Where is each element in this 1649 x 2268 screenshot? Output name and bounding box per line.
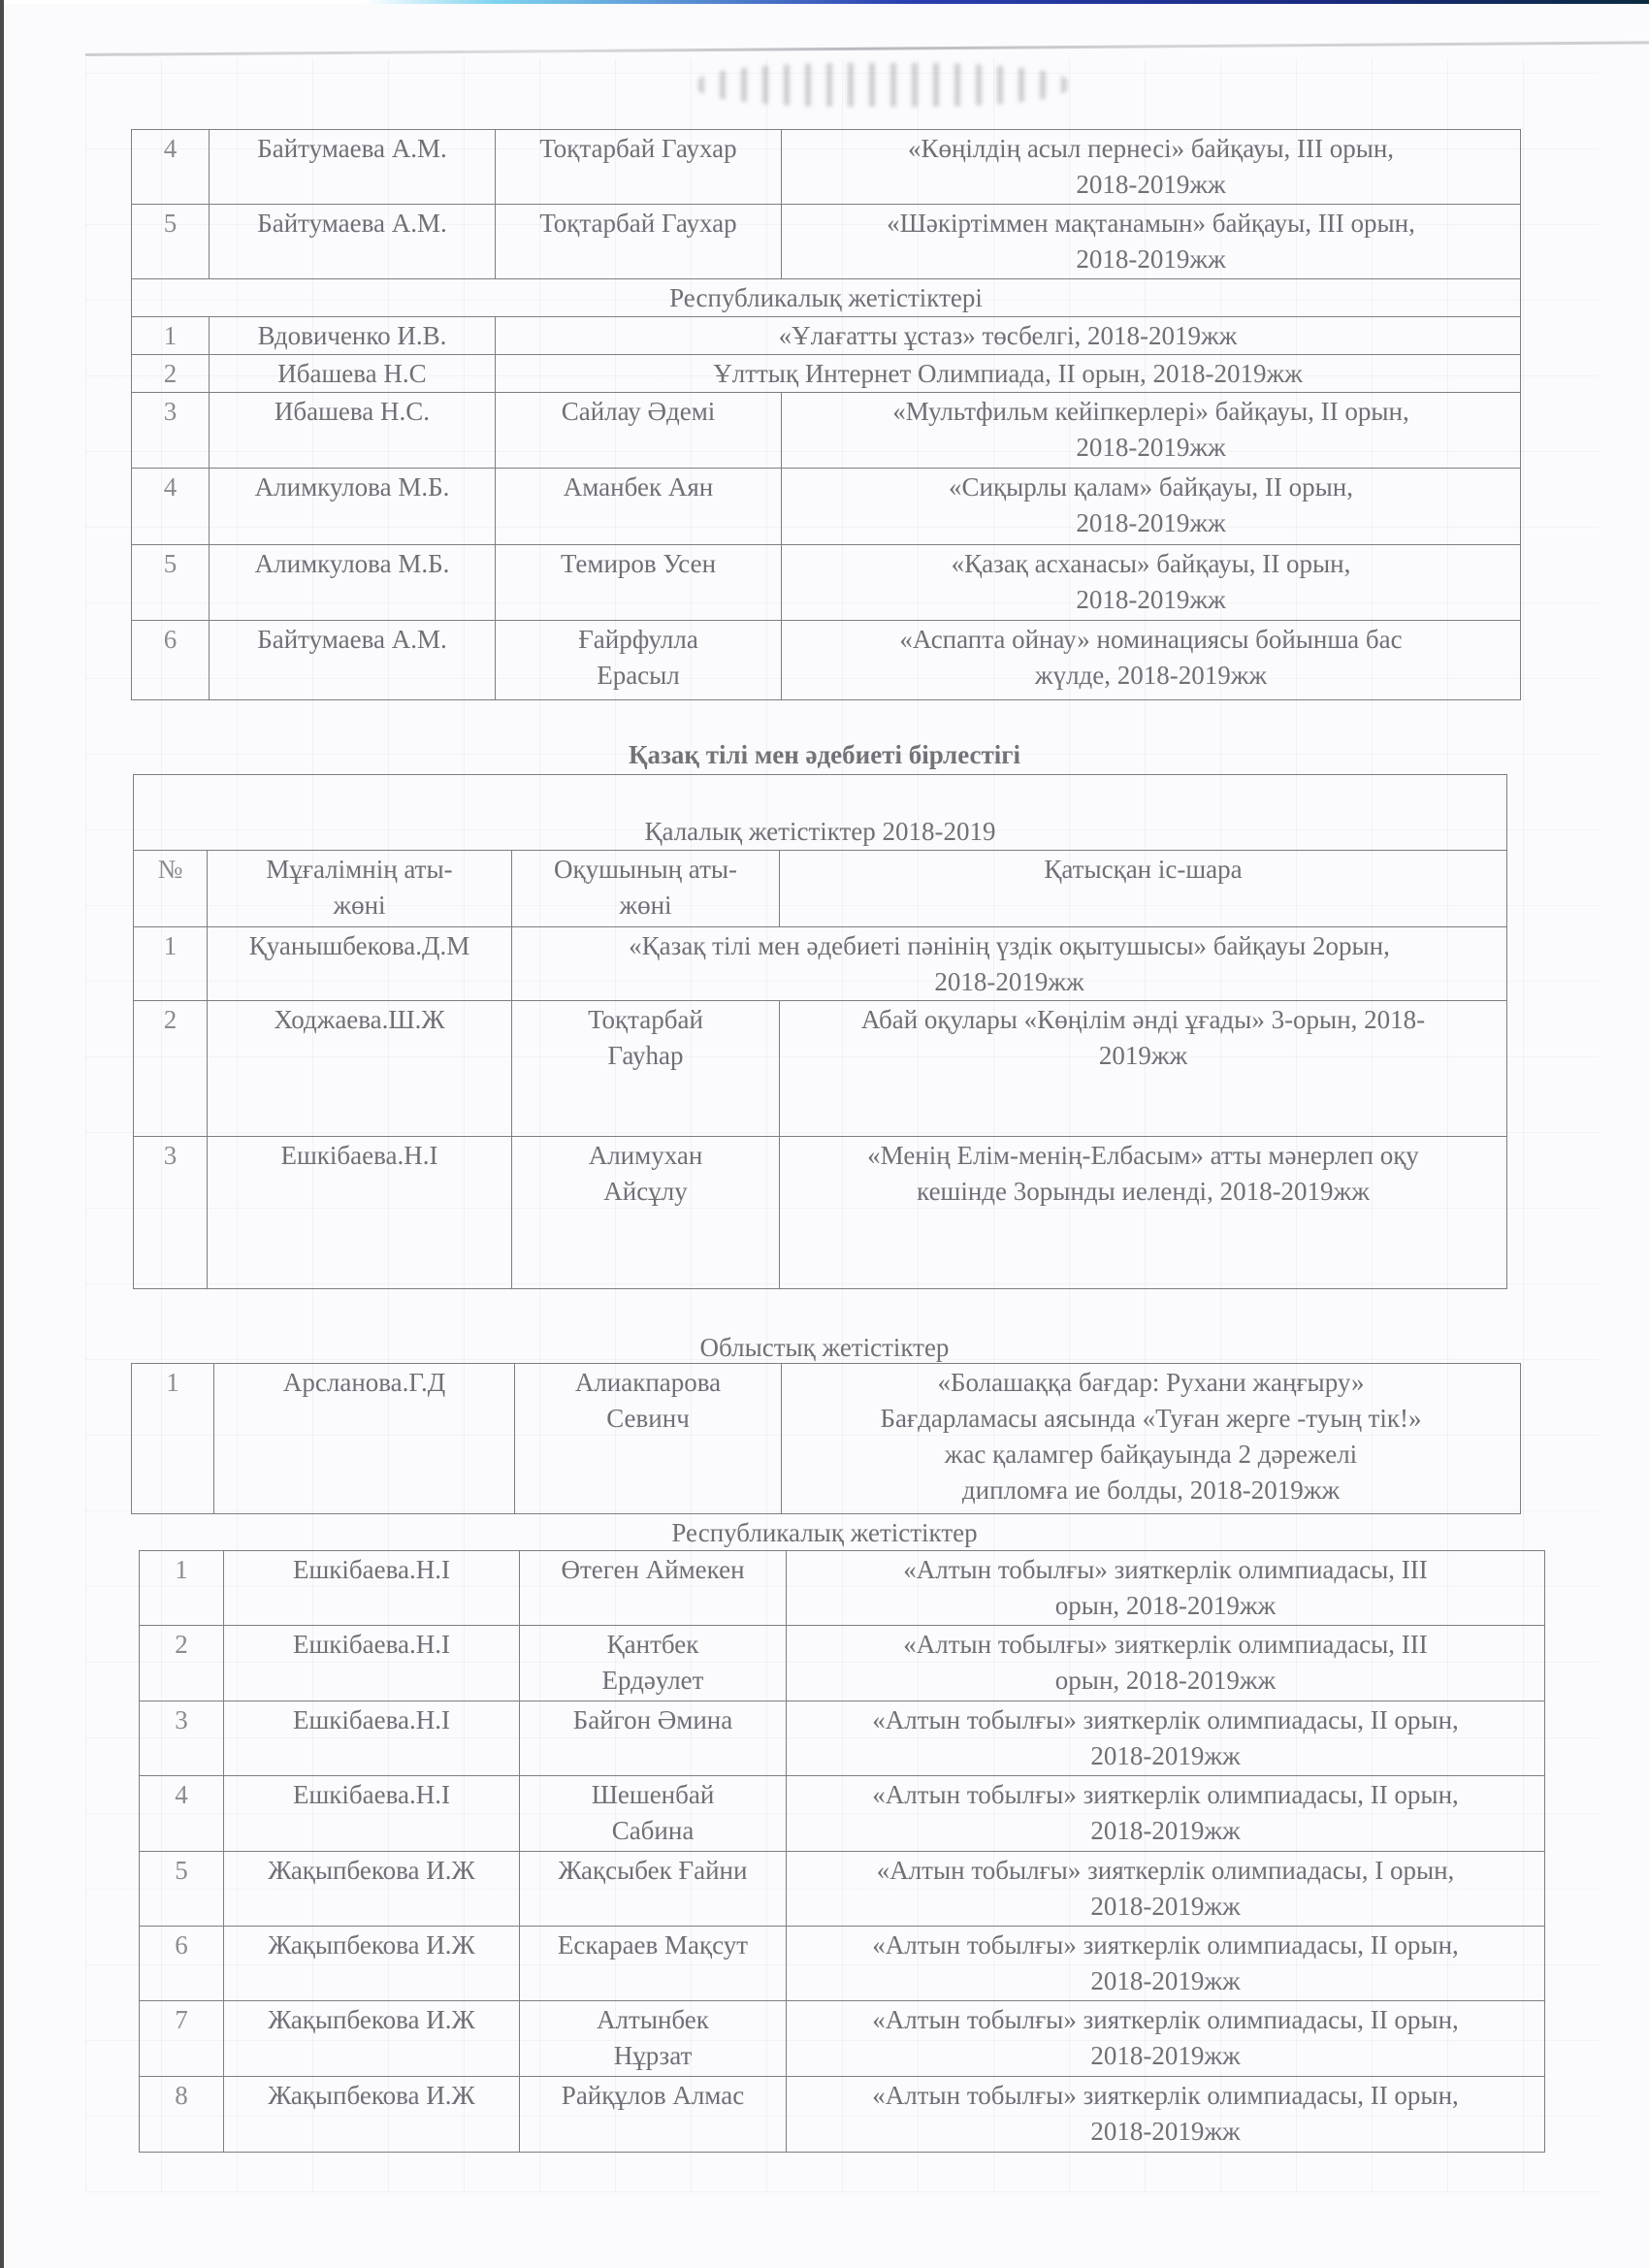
scan-left-edge bbox=[0, 0, 4, 2268]
teacher-name: Ибашева Н.С bbox=[210, 355, 496, 393]
teacher-name: Ешкібаева.Н.І bbox=[224, 1776, 520, 1852]
city-achievements-title: Қалалық жетістіктер 2018-2019 bbox=[134, 775, 1507, 851]
header-event: Қатысқан іс-шара bbox=[780, 851, 1507, 927]
student-name: Сайлау Әдемі bbox=[496, 393, 782, 469]
table-row: 2 Ходжаева.Ш.Ж Тоқтарбай Гауһар Абай оқу… bbox=[134, 1001, 1507, 1137]
row-number: 2 bbox=[140, 1626, 224, 1701]
row-number: 6 bbox=[132, 621, 210, 700]
city-achievements-table: Қалалық жетістіктер 2018-2019 № Мұғалімн… bbox=[133, 774, 1507, 1289]
table-row: 8 Жақыпбекова И.Ж Райқұлов Алмас «Алтын … bbox=[140, 2077, 1545, 2153]
scan-smudge bbox=[698, 63, 1067, 107]
teacher-name: Жақыпбекова И.Ж bbox=[224, 2077, 520, 2153]
table-row: 4 Ешкібаева.Н.І Шешенбай Сабина «Алтын т… bbox=[140, 1776, 1545, 1852]
table-row: 4 Алимкулова М.Б. Аманбек Аян «Сиқырлы қ… bbox=[132, 469, 1521, 545]
row-number: 1 bbox=[132, 1364, 214, 1514]
row-number: 3 bbox=[140, 1701, 224, 1776]
student-name: Алтынбек Нұрзат bbox=[520, 2001, 787, 2077]
row-number: 6 bbox=[140, 1927, 224, 2001]
header-student: Оқушының аты- жөні bbox=[512, 851, 780, 927]
table-row: 1 Ешкібаева.Н.І Өтеген Аймекен «Алтын то… bbox=[140, 1551, 1545, 1626]
republic-achievements-table: 1 Ешкібаева.Н.І Өтеген Аймекен «Алтын то… bbox=[139, 1550, 1545, 2153]
teacher-name: Алимкулова М.Б. bbox=[210, 545, 496, 621]
event-description: «Алтын тобылғы» зияткерлік олимпиадасы, … bbox=[787, 1776, 1545, 1852]
event-description: «Алтын тобылғы» зияткерлік олимпиадасы, … bbox=[787, 1701, 1545, 1776]
event-description: «Ұлағатты ұстаз» төсбелгі, 2018-2019жж bbox=[496, 317, 1521, 355]
table-title-row: Қалалық жетістіктер 2018-2019 bbox=[134, 775, 1507, 851]
table-row: 2 Ешкібаева.Н.І Қантбек Ердәулет «Алтын … bbox=[140, 1626, 1545, 1701]
row-number: 2 bbox=[134, 1001, 208, 1137]
paper-fold-line bbox=[85, 41, 1649, 56]
teacher-name: Арсланова.Г.Д bbox=[214, 1364, 515, 1514]
table-row: 3 Ешкібаева.Н.І Алимухан Айсұлу «Менің Е… bbox=[134, 1137, 1507, 1289]
table-header-row: № Мұғалімнің аты- жөні Оқушының аты- жөн… bbox=[134, 851, 1507, 927]
student-name: Райқұлов Алмас bbox=[520, 2077, 787, 2153]
table-row: 2 Ибашева Н.С Ұлттық Интернет Олимпиада,… bbox=[132, 355, 1521, 393]
student-name: Қантбек Ердәулет bbox=[520, 1626, 787, 1701]
event-description: «Болашаққа бағдар: Рухани жаңғыру» Бағда… bbox=[782, 1364, 1521, 1514]
event-description: «Мультфильм кейіпкерлері» байқауы, ІІ ор… bbox=[782, 393, 1521, 469]
row-number: 5 bbox=[132, 545, 210, 621]
event-description: Абай оқулары «Көңілім әнді ұғады» 3-орын… bbox=[780, 1001, 1507, 1137]
header-teacher: Мұғалімнің аты- жөні bbox=[208, 851, 512, 927]
event-description: «Қазақ тілі мен әдебиеті пәнінің үздік о… bbox=[512, 927, 1507, 1001]
event-description: «Көңілдің асыл пернесі» байқауы, ІІІ оры… bbox=[782, 130, 1521, 205]
teacher-name: Жақыпбекова И.Ж bbox=[224, 2001, 520, 2077]
table-row: 1 Қуанышбекова.Д.М «Қазақ тілі мен әдеби… bbox=[134, 927, 1507, 1001]
student-name: Жақсыбек Ғайни bbox=[520, 1852, 787, 1927]
republic-achievements-label: Республикалық жетістіктері bbox=[132, 279, 1521, 317]
oblast-achievements-table: 1 Арсланова.Г.Д Алиакпарова Севинч «Бола… bbox=[131, 1363, 1521, 1514]
event-description: «Шәкіртіммен мақтанамын» байқауы, ІІІ ор… bbox=[782, 205, 1521, 279]
event-description: «Алтын тобылғы» зияткерлік олимпиадасы, … bbox=[787, 1551, 1545, 1626]
student-name: Ескараев Мақсут bbox=[520, 1927, 787, 2001]
teacher-name: Жақыпбекова И.Ж bbox=[224, 1852, 520, 1927]
achievements-table-continued: 4 Байтумаева А.М. Тоқтарбай Гаухар «Көңі… bbox=[131, 129, 1521, 700]
table-row: 3 Ешкібаева.Н.І Байгон Әмина «Алтын тобы… bbox=[140, 1701, 1545, 1776]
row-number: 4 bbox=[140, 1776, 224, 1852]
table-row: 5 Байтумаева А.М. Тоқтарбай Гаухар «Шәкі… bbox=[132, 205, 1521, 279]
event-description: «Менің Елім-менің-Елбасым» атты мәнерлеп… bbox=[780, 1137, 1507, 1289]
event-description: «Қазақ асханасы» байқауы, ІІ орын, 2018-… bbox=[782, 545, 1521, 621]
row-number: 2 bbox=[132, 355, 210, 393]
teacher-name: Ешкібаева.Н.І bbox=[208, 1137, 512, 1289]
row-number: 4 bbox=[132, 130, 210, 205]
row-number: 5 bbox=[132, 205, 210, 279]
teacher-name: Байтумаева А.М. bbox=[210, 621, 496, 700]
table-row: 1 Арсланова.Г.Д Алиакпарова Севинч «Бола… bbox=[132, 1364, 1521, 1514]
row-number: 1 bbox=[134, 927, 208, 1001]
student-name: Тоқтарбай Гауһар bbox=[512, 1001, 780, 1137]
row-number: 3 bbox=[134, 1137, 208, 1289]
row-number: 3 bbox=[132, 393, 210, 469]
row-number: 8 bbox=[140, 2077, 224, 2153]
section-band-row: Республикалық жетістіктері bbox=[132, 279, 1521, 317]
teacher-name: Ешкібаева.Н.І bbox=[224, 1551, 520, 1626]
event-description: «Аспапта ойнау» номинациясы бойынша бас … bbox=[782, 621, 1521, 700]
student-name: Аманбек Аян bbox=[496, 469, 782, 545]
event-description: «Алтын тобылғы» зияткерлік олимпиадасы, … bbox=[787, 2077, 1545, 2153]
event-description: «Алтын тобылғы» зияткерлік олимпиадасы, … bbox=[787, 2001, 1545, 2077]
row-number: 1 bbox=[140, 1551, 224, 1626]
teacher-name: Жақыпбекова И.Ж bbox=[224, 1927, 520, 2001]
student-name: Ғайрфулла Ерасыл bbox=[496, 621, 782, 700]
teacher-name: Алимкулова М.Б. bbox=[210, 469, 496, 545]
event-description: «Алтын тобылғы» зияткерлік олимпиадасы, … bbox=[787, 1927, 1545, 2001]
republic-achievements-title: Республикалық жетістіктер bbox=[0, 1516, 1649, 1549]
student-name: Тоқтарбай Гаухар bbox=[496, 205, 782, 279]
teacher-name: Ешкібаева.Н.І bbox=[224, 1626, 520, 1701]
table-row: 6 Байтумаева А.М. Ғайрфулла Ерасыл «Аспа… bbox=[132, 621, 1521, 700]
table-row: 5 Жақыпбекова И.Ж Жақсыбек Ғайни «Алтын … bbox=[140, 1852, 1545, 1927]
teacher-name: Ешкібаева.Н.І bbox=[224, 1701, 520, 1776]
teacher-name: Байтумаева А.М. bbox=[210, 130, 496, 205]
row-number: 1 bbox=[132, 317, 210, 355]
student-name: Шешенбай Сабина bbox=[520, 1776, 787, 1852]
teacher-name: Байтумаева А.М. bbox=[210, 205, 496, 279]
table-row: 4 Байтумаева А.М. Тоқтарбай Гаухар «Көңі… bbox=[132, 130, 1521, 205]
event-description: Ұлттық Интернет Олимпиада, ІІ орын, 2018… bbox=[496, 355, 1521, 393]
row-number: 7 bbox=[140, 2001, 224, 2077]
student-name: Алиакпарова Севинч bbox=[515, 1364, 782, 1514]
student-name: Байгон Әмина bbox=[520, 1701, 787, 1776]
student-name: Алимухан Айсұлу bbox=[512, 1137, 780, 1289]
section-title: Қазақ тілі мен әдебиеті бірлестігі bbox=[0, 738, 1649, 771]
event-description: «Алтын тобылғы» зияткерлік олимпиадасы, … bbox=[787, 1852, 1545, 1927]
event-description: «Сиқырлы қалам» байқауы, ІІ орын, 2018-2… bbox=[782, 469, 1521, 545]
oblast-achievements-title: Облыстық жетістіктер bbox=[0, 1331, 1649, 1364]
table-row: 7 Жақыпбекова И.Ж Алтынбек Нұрзат «Алтын… bbox=[140, 2001, 1545, 2077]
teacher-name: Вдовиченко И.В. bbox=[210, 317, 496, 355]
teacher-name: Ибашева Н.С. bbox=[210, 393, 496, 469]
row-number: 5 bbox=[140, 1852, 224, 1927]
header-number: № bbox=[134, 851, 208, 927]
teacher-name: Қуанышбекова.Д.М bbox=[208, 927, 512, 1001]
row-number: 4 bbox=[132, 469, 210, 545]
student-name: Тоқтарбай Гаухар bbox=[496, 130, 782, 205]
table-row: 6 Жақыпбекова И.Ж Ескараев Мақсут «Алтын… bbox=[140, 1927, 1545, 2001]
scan-top-edge bbox=[0, 0, 1649, 4]
table-row: 5 Алимкулова М.Б. Темиров Усен «Қазақ ас… bbox=[132, 545, 1521, 621]
teacher-name: Ходжаева.Ш.Ж bbox=[208, 1001, 512, 1137]
student-name: Өтеген Аймекен bbox=[520, 1551, 787, 1626]
table-row: 3 Ибашева Н.С. Сайлау Әдемі «Мультфильм … bbox=[132, 393, 1521, 469]
table-row: 1 Вдовиченко И.В. «Ұлағатты ұстаз» төсбе… bbox=[132, 317, 1521, 355]
event-description: «Алтын тобылғы» зияткерлік олимпиадасы, … bbox=[787, 1626, 1545, 1701]
student-name: Темиров Усен bbox=[496, 545, 782, 621]
